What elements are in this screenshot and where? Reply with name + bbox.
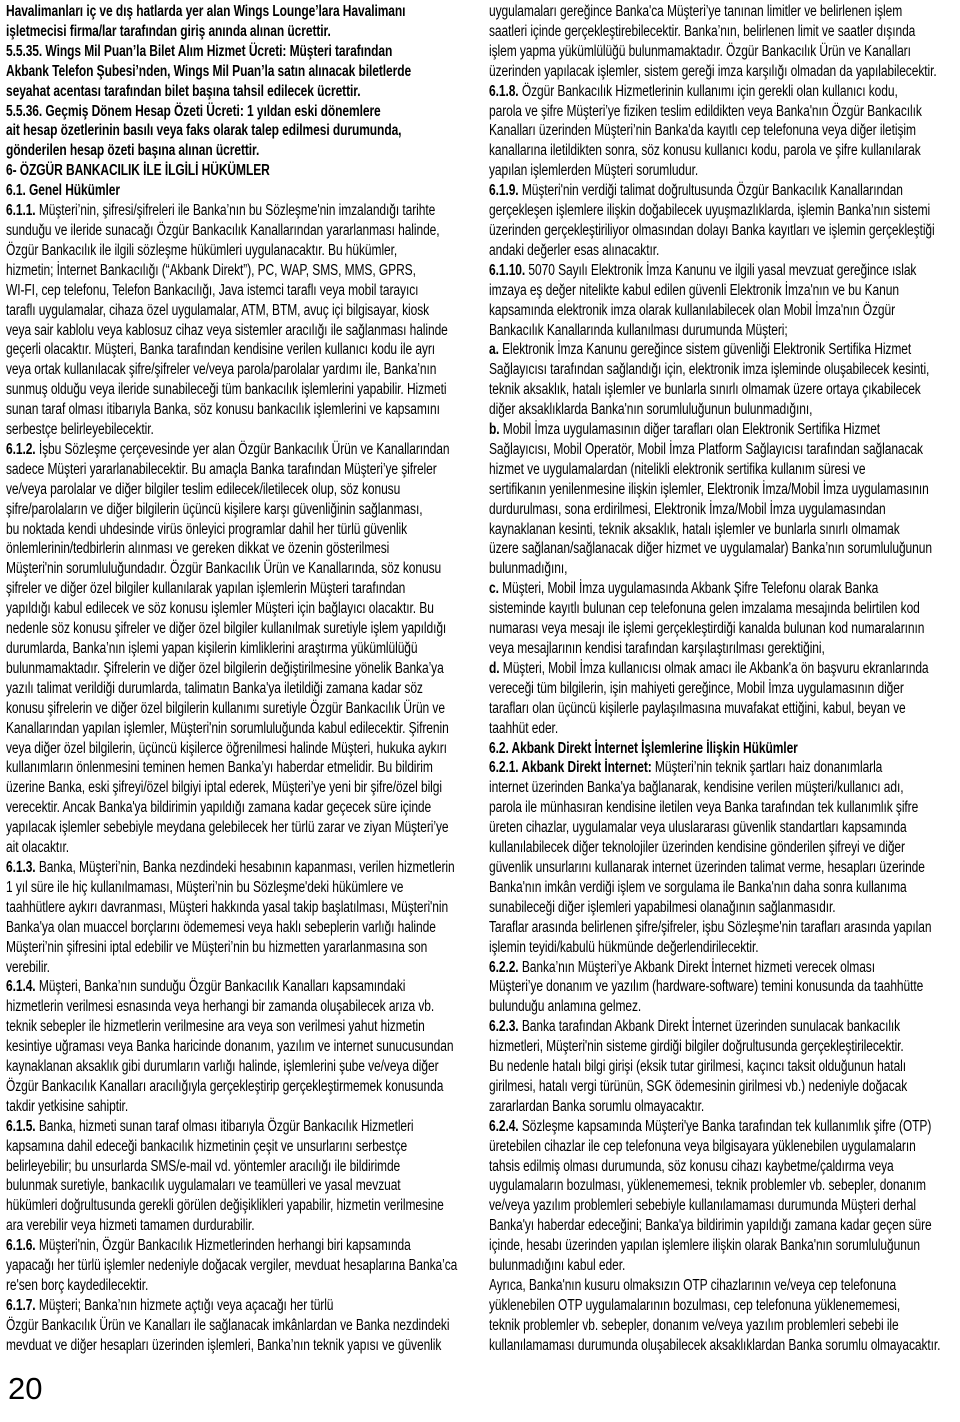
paragraph-lead: b. [489, 421, 500, 438]
paragraph-text: 6.2. Akbank Direkt İnternet İşlemlerine … [489, 740, 798, 757]
paragraph: 6.1.1. Müşteri’nin, şifresi/şifreleri il… [6, 201, 482, 440]
paragraph: 6.2.1. Akbank Direkt İnternet: Müşteri’n… [489, 758, 960, 957]
paragraph-text: Müşteri'nin, Özgür Bankacılık Hizmetleri… [6, 1237, 457, 1294]
paragraph: c. Müşteri, Mobil İmza uygulamasında Akb… [489, 579, 960, 659]
paragraph-text: 5.5.35. Wings Mil Puan’la Bilet Alım Hiz… [6, 43, 411, 100]
paragraph: 6.1.3. Banka, Müşteri’nin, Banka nezdind… [6, 858, 482, 977]
paragraph-text: 6- ÖZGÜR BANKACILIK İLE İLGİLİ HÜKÜMLER [6, 162, 270, 179]
paragraph-lead: 6.2.2. [489, 959, 519, 976]
paragraph-lead: c. [489, 580, 499, 597]
paragraph: 6.2.4. Sözleşme kapsamında Müşteri'ye Ba… [489, 1117, 960, 1356]
document-page: Havalimanları iç ve dış hatlarda yer ala… [0, 0, 960, 1422]
paragraph-text: Müşteri'nin verdiği talimat doğrultusund… [489, 182, 935, 259]
paragraph: 6.1.4. Müşteri, Banka’nın sunduğu Özgür … [6, 977, 482, 1116]
paragraph: 6.1.5. Banka, hizmeti sunan taraf olması… [6, 1117, 482, 1236]
page-number: 20 [8, 1372, 42, 1406]
paragraph: 6.2.2. Banka’nın Müşteri’ye Akbank Direk… [489, 958, 960, 1018]
paragraph: 6.1.9. Müşteri'nin verdiği talimat doğru… [489, 181, 960, 261]
paragraph: Havalimanları iç ve dış hatlarda yer ala… [6, 2, 482, 42]
paragraph: a. Elektronik İmza Kanunu gereğince sist… [489, 340, 960, 420]
paragraph-text: Banka tarafından Akbank Direkt İnternet … [489, 1018, 907, 1115]
paragraph-lead: 6.2.4. [489, 1118, 519, 1135]
paragraph-lead: 6.1.3. [6, 859, 36, 876]
paragraph-lead: a. [489, 341, 499, 358]
paragraph: 6.1.2. İşbu Sözleşme çerçevesinde yer al… [6, 440, 482, 858]
paragraph: 6.1.10. 5070 Sayılı Elektronik İmza Kanu… [489, 261, 960, 341]
paragraph-lead: 6.1.2. [6, 441, 36, 458]
paragraph-text: Banka’nın Müşteri’ye Akbank Direkt İnter… [489, 959, 923, 1016]
section-heading: 6- ÖZGÜR BANKACILIK İLE İLGİLİ HÜKÜMLER [6, 161, 482, 181]
paragraph: 5.5.36. Geçmiş Dönem Hesap Özeti Ücreti:… [6, 102, 482, 162]
paragraph: 5.5.35. Wings Mil Puan’la Bilet Alım Hiz… [6, 42, 482, 102]
paragraph-text: 5.5.36. Geçmiş Dönem Hesap Özeti Ücreti:… [6, 103, 401, 160]
paragraph-text: Banka, hizmeti sunan taraf olması itibar… [6, 1118, 444, 1235]
text-column-left: Havalimanları iç ve dış hatlarda yer ala… [6, 2, 482, 1356]
paragraph-text: 6.1. Genel Hükümler [6, 182, 120, 199]
paragraph: 6.1.6. Müşteri'nin, Özgür Bankacılık Hiz… [6, 1236, 482, 1296]
paragraph: d. Müşteri, Mobil İmza kullanıcısı olmak… [489, 659, 960, 739]
paragraph-text: Müşteri, Mobil İmza uygulamasında Akbank… [489, 580, 924, 657]
paragraph-lead: 6.2.3. [489, 1018, 519, 1035]
paragraph: 6.1.7. Müşteri; Banka’nın hizmete açtığı… [6, 1296, 482, 1356]
paragraph-lead: 6.1.1. [6, 202, 36, 219]
paragraph-text: Sözleşme kapsamında Müşteri'ye Banka tar… [489, 1118, 940, 1354]
paragraph-text: uygulamaları gereğince Banka'ca Müşteri’… [489, 3, 937, 80]
paragraph-text: Müşteri, Mobil İmza kullanıcısı olmak am… [489, 660, 929, 737]
paragraph-text: Havalimanları iç ve dış hatlarda yer ala… [6, 3, 405, 40]
text-column-right-wrap: uygulamaları gereğince Banka'ca Müşteri’… [489, 2, 960, 1356]
paragraph-text: Özgür Bankacılık Hizmetlerinin kullanımı… [489, 83, 922, 180]
paragraph-text: Banka, Müşteri’nin, Banka nezdindeki hes… [6, 859, 455, 976]
paragraph-text: Elektronik İmza Kanunu gereğince sistem … [489, 341, 929, 418]
paragraph-lead: 6.1.8. [489, 83, 519, 100]
paragraph-lead: 6.2.1. Akbank Direkt İnternet: [489, 759, 652, 776]
paragraph-text: Müşteri’nin teknik şartları haiz donanım… [489, 759, 931, 955]
paragraph-lead: d. [489, 660, 500, 677]
paragraph-lead: 6.1.10. [489, 262, 525, 279]
paragraph-lead: 6.1.5. [6, 1118, 36, 1135]
paragraph-lead: 6.1.9. [489, 182, 519, 199]
paragraph-text: Müşteri; Banka’nın hizmete açtığı veya a… [6, 1297, 449, 1354]
paragraph-text: Müşteri’nin, şifresi/şifreleri ile Banka… [6, 202, 448, 438]
paragraph-lead: 6.1.7. [6, 1297, 36, 1314]
paragraph-text: Mobil İmza uygulamasının diğer tarafları… [489, 421, 932, 577]
section-heading: 6.1. Genel Hükümler [6, 181, 482, 201]
paragraph: b. Mobil İmza uygulamasının diğer tarafl… [489, 420, 960, 579]
paragraph-lead: 6.1.4. [6, 978, 36, 995]
text-column-right: uygulamaları gereğince Banka'ca Müşteri’… [489, 2, 960, 1356]
paragraph-text: Müşteri, Banka’nın sunduğu Özgür Bankacı… [6, 978, 453, 1114]
paragraph: 6.1.8. Özgür Bankacılık Hizmetlerinin ku… [489, 82, 960, 182]
paragraph: 6.2.3. Banka tarafından Akbank Direkt İn… [489, 1017, 960, 1117]
paragraph: uygulamaları gereğince Banka'ca Müşteri’… [489, 2, 960, 82]
paragraph-lead: 6.1.6. [6, 1237, 36, 1254]
paragraph-text: İşbu Sözleşme çerçevesinde yer alan Özgü… [6, 441, 449, 856]
section-heading: 6.2. Akbank Direkt İnternet İşlemlerine … [489, 739, 960, 759]
paragraph-text: 5070 Sayılı Elektronik İmza Kanunu ve il… [489, 262, 916, 339]
